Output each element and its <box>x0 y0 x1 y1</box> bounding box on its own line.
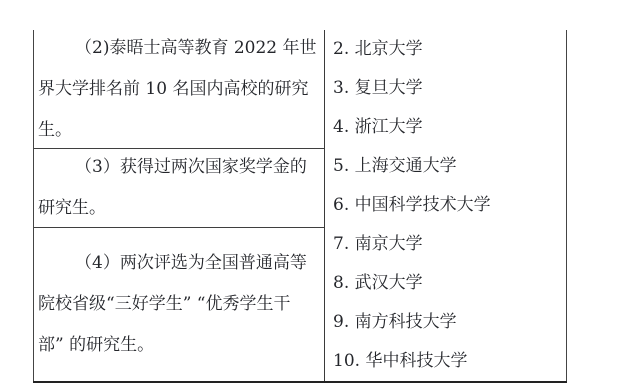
criterion-cell-3: （3）获得过两次国家奖学金的 研究生。 <box>34 149 324 228</box>
document-page: （2)泰晤士高等教育 2022 年世 界大学排名前 10 名国内高校的研究 生。… <box>0 0 625 391</box>
selection-criteria-table: （2)泰晤士高等教育 2022 年世 界大学排名前 10 名国内高校的研究 生。… <box>33 30 567 383</box>
university-item-7: 7. 南京大学 <box>333 225 566 264</box>
criterion-2-line-1: （2)泰晤士高等教育 2022 年世 <box>38 28 318 69</box>
criterion-cell-4: （4）两次评选为全国普通高等 院校省级“三好学生” “优秀学生干 部” 的研究生… <box>34 228 324 381</box>
university-item-8: 8. 武汉大学 <box>333 264 566 303</box>
criterion-cell-2: （2)泰晤士高等教育 2022 年世 界大学排名前 10 名国内高校的研究 生。 <box>34 30 324 149</box>
criterion-4-line-2: 院校省级“三好学生” “优秀学生干 <box>38 284 318 325</box>
university-item-3: 3. 复旦大学 <box>333 69 566 108</box>
university-item-5: 5. 上海交通大学 <box>333 147 566 186</box>
university-list-cell: 2. 北京大学 3. 复旦大学 4. 浙江大学 5. 上海交通大学 6. 中国科… <box>325 30 567 381</box>
criteria-column: （2)泰晤士高等教育 2022 年世 界大学排名前 10 名国内高校的研究 生。… <box>33 30 325 381</box>
university-item-9: 9. 南方科技大学 <box>333 303 566 342</box>
criterion-2-line-2: 界大学排名前 10 名国内高校的研究 <box>38 69 318 110</box>
criterion-2-line-3: 生。 <box>38 110 318 151</box>
criterion-4-line-3: 部” 的研究生。 <box>38 325 318 366</box>
criterion-3-line-1: （3）获得过两次国家奖学金的 <box>38 147 318 188</box>
university-item-4: 4. 浙江大学 <box>333 108 566 147</box>
criterion-4-line-1: （4）两次评选为全国普通高等 <box>38 243 318 284</box>
university-item-10: 10. 华中科技大学 <box>333 342 566 381</box>
criterion-3-line-2: 研究生。 <box>38 188 318 229</box>
university-item-6: 6. 中国科学技术大学 <box>333 186 566 225</box>
university-item-2: 2. 北京大学 <box>333 30 566 69</box>
